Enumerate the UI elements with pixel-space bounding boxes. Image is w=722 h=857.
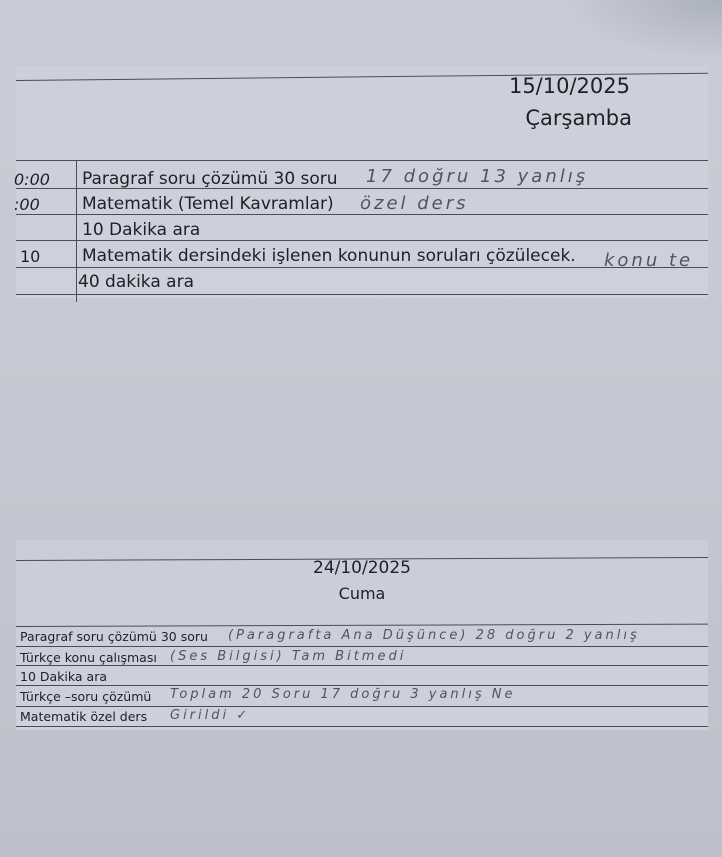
- row-divider: [16, 646, 708, 647]
- row-time: :00: [14, 195, 40, 214]
- row-activity: Türkçe –soru çözümü: [20, 689, 151, 704]
- handwritten-note: Toplam 20 Soru 17 doğru 3 yanlış Ne: [170, 687, 516, 702]
- row-activity: Türkçe konu çalışması: [20, 650, 157, 665]
- sheet-date: 24/10/2025: [16, 558, 708, 578]
- row-divider: [16, 294, 708, 295]
- row-activity: Paragraf soru çözümü 30 soru: [20, 629, 208, 644]
- sheet-date: 15/10/2025: [509, 74, 630, 98]
- handwritten-note: (Ses Bilgisi) Tam Bitmedi: [170, 649, 406, 664]
- row-activity: Paragraf soru çözümü 30 soru: [82, 169, 338, 189]
- table-top-rule: [16, 160, 708, 161]
- row-divider: [16, 214, 708, 215]
- handwritten-note: (Paragrafta Ana Düşünce) 28 doğru 2 yanl…: [228, 628, 640, 643]
- shadow: [562, 0, 722, 60]
- row-activity: Matematik dersindeki işlenen konunun sor…: [82, 246, 576, 266]
- row-divider: [16, 706, 708, 707]
- handwritten-note: 17 doğru 13 yanlış: [366, 166, 588, 187]
- table-top-rule: [16, 624, 708, 628]
- row-activity: Matematik (Temel Kavramlar): [82, 194, 334, 214]
- row-divider: [16, 267, 708, 268]
- row-activity: 10 Dakika ara: [82, 220, 200, 240]
- row-time: 10: [20, 247, 40, 266]
- sheet-day: Çarşamba: [525, 106, 632, 130]
- row-activity: 40 dakika ara: [78, 272, 194, 292]
- row-divider: [16, 665, 708, 666]
- row-activity: 10 Dakika ara: [20, 669, 107, 684]
- handwritten-note: Girildi ✓: [170, 708, 250, 723]
- row-divider: [16, 726, 708, 727]
- row-divider: [16, 240, 708, 241]
- schedule-sheet-wednesday: 15/10/2025 Çarşamba 0:00 Paragraf soru ç…: [16, 66, 708, 298]
- row-activity: Matematik özel ders: [20, 709, 147, 724]
- handwritten-note: özel ders: [360, 193, 469, 214]
- sheet-day: Cuma: [16, 584, 708, 603]
- schedule-sheet-friday: 24/10/2025 Cuma Paragraf soru çözümü 30 …: [16, 540, 708, 730]
- row-divider: [16, 188, 708, 189]
- row-time: 0:00: [14, 170, 50, 189]
